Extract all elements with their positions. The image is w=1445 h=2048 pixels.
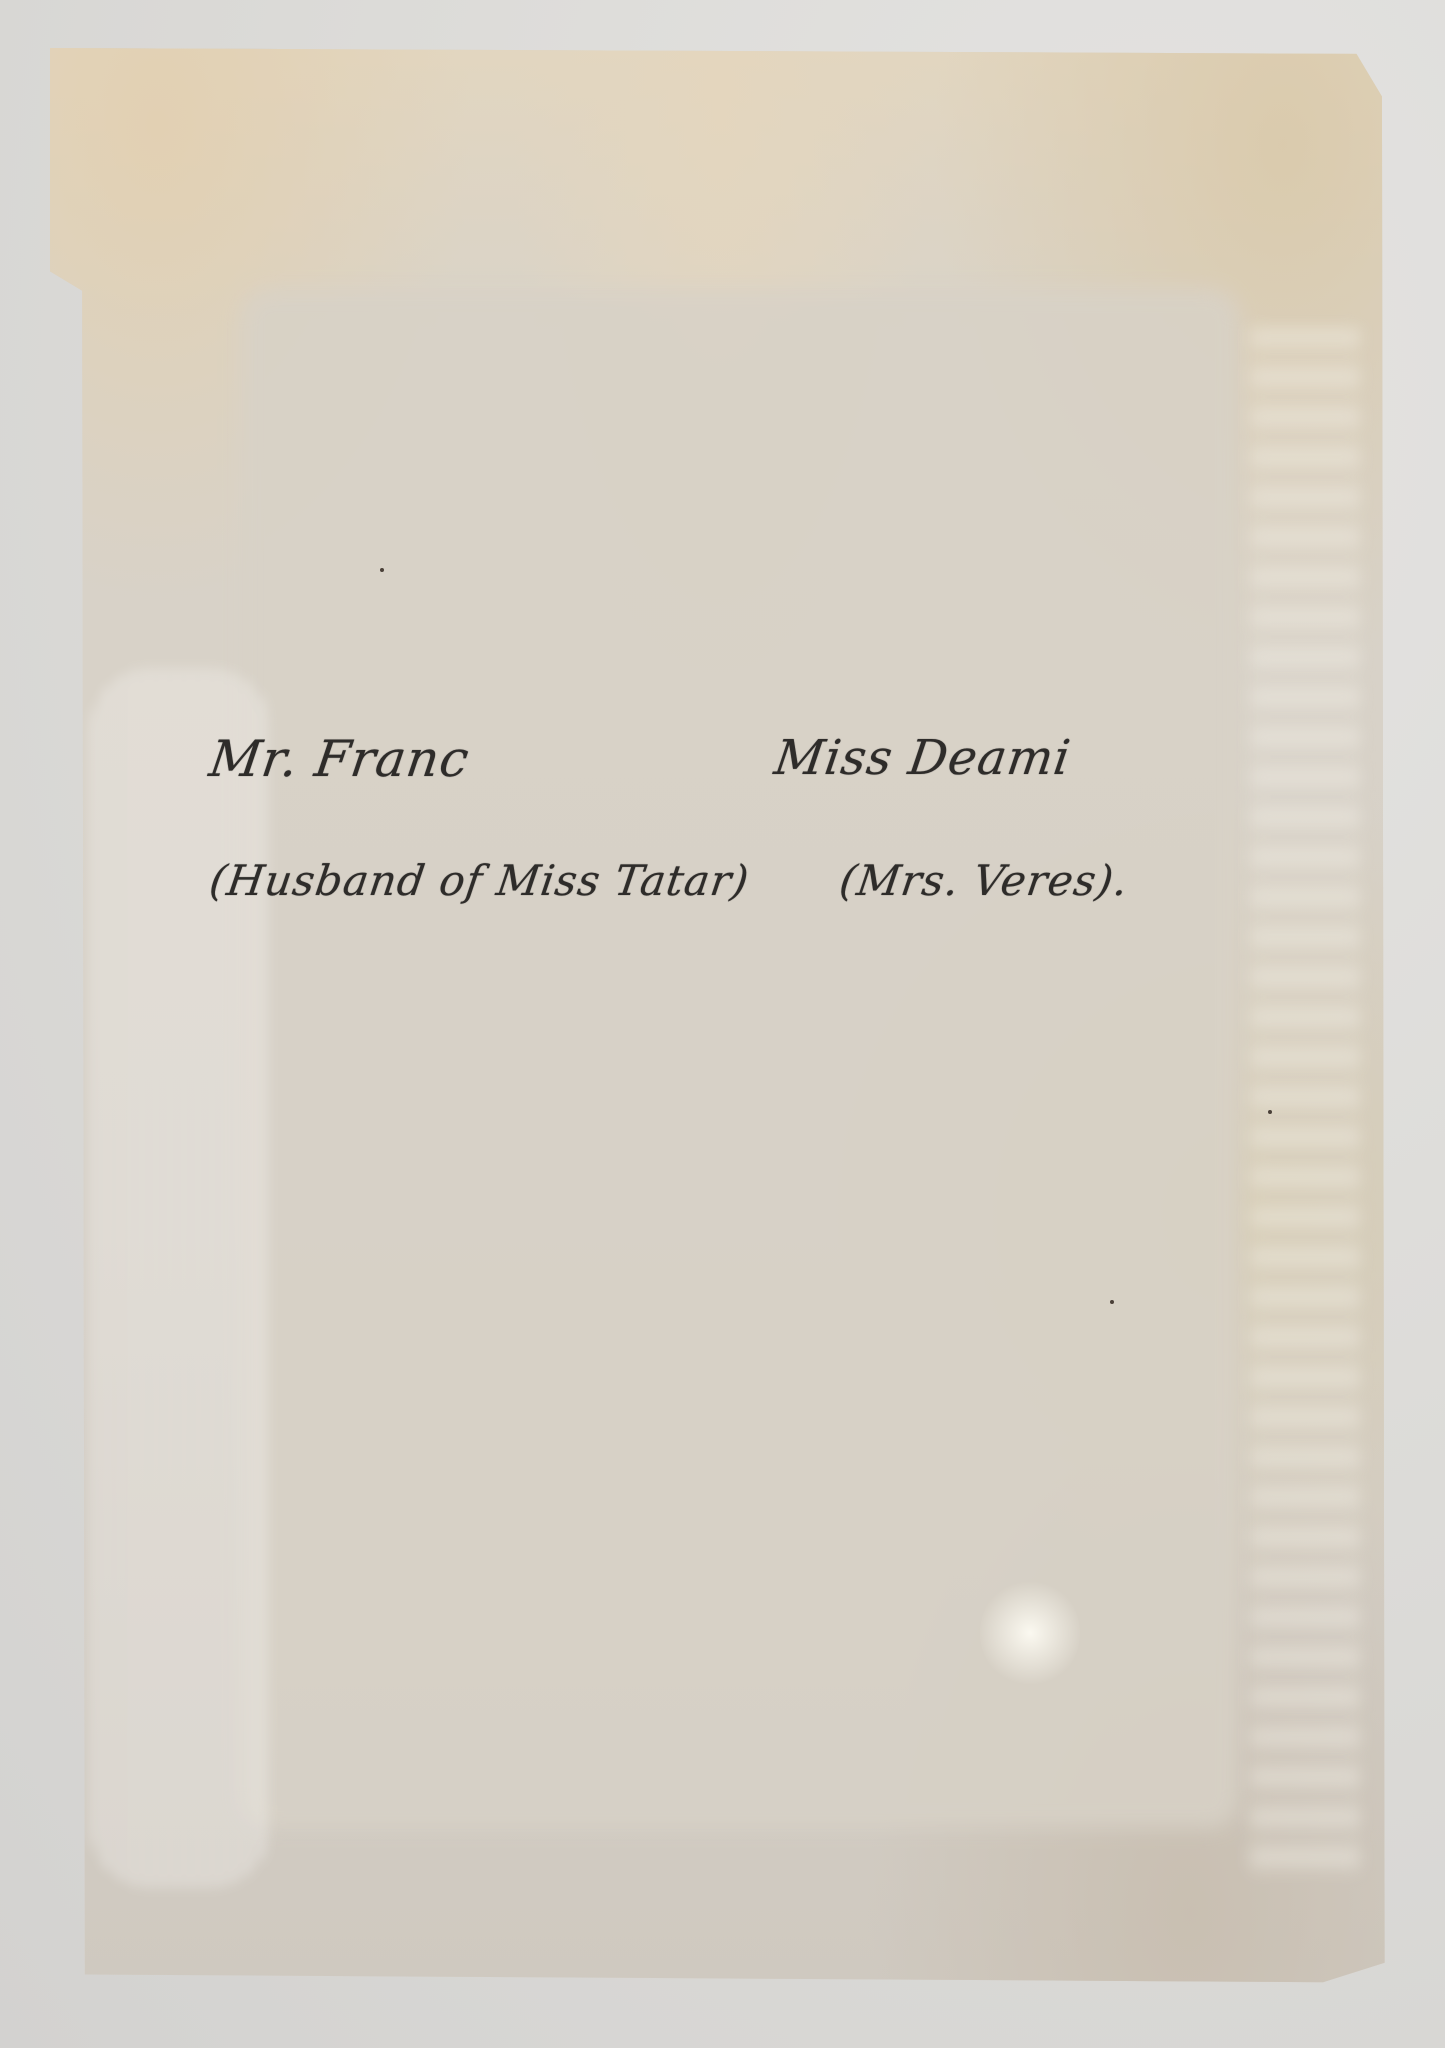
- handwritten-name-left: Mr. Franc: [206, 730, 473, 788]
- glossy-residue-right: [1250, 328, 1360, 1878]
- handwritten-note-right: (Mrs. Veres).: [837, 856, 1132, 905]
- glossy-residue-left: [90, 668, 270, 1888]
- card-reverse: Mr. Franc (Husband of Miss Tatar) Miss D…: [50, 48, 1390, 1990]
- glossy-spot: [980, 1578, 1080, 1688]
- handwritten-name-right: Miss Deami: [771, 730, 1074, 786]
- ink-speck: [1268, 1110, 1272, 1114]
- card-center-panel: [240, 288, 1240, 1828]
- handwritten-note-left: (Husband of Miss Tatar): [207, 856, 753, 905]
- ink-speck: [380, 568, 384, 572]
- ink-speck: [1110, 1300, 1114, 1304]
